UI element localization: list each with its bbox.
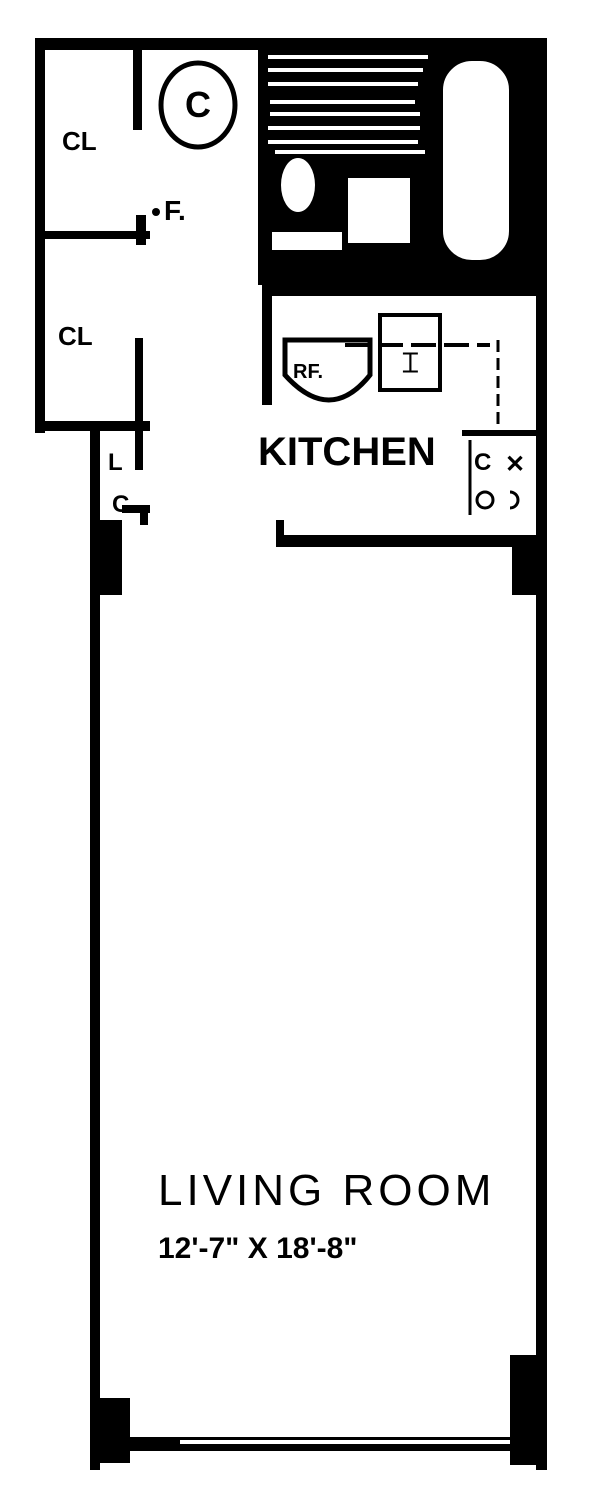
right-pier-top bbox=[512, 545, 542, 595]
linen-closet-label-c: C bbox=[112, 491, 129, 518]
living-room-dimensions: 12'-7" X 18'-8" bbox=[158, 1232, 357, 1265]
left-pier-bottom bbox=[90, 1398, 130, 1463]
closet-2-label: CL bbox=[58, 321, 93, 351]
closet-1-label: CL bbox=[62, 126, 97, 156]
closet-divider bbox=[35, 231, 150, 239]
kitchen-left-wall bbox=[262, 285, 272, 405]
bath-vanity bbox=[272, 232, 342, 250]
kitchen-label: KITCHEN bbox=[258, 430, 436, 474]
sink-icon bbox=[348, 178, 410, 243]
sink-symbol: ⌶ bbox=[402, 347, 419, 378]
refrigerator-label: RF. bbox=[293, 361, 323, 383]
closet1-jamb-lower bbox=[136, 215, 146, 245]
kitchen-fixtures bbox=[285, 315, 498, 515]
closet2-door-jamb bbox=[135, 338, 143, 428]
range-top-wall bbox=[462, 430, 546, 436]
compactor-label: C bbox=[185, 84, 211, 125]
foyer-label: F. bbox=[164, 195, 186, 226]
floor-plan: C F. CL CL L C RF. ⌶ C ✕ KITCHEN LIVING … bbox=[0, 0, 600, 1507]
kitchen-wall-end bbox=[276, 520, 284, 545]
lc-bottom-jamb bbox=[140, 505, 148, 525]
bathroom bbox=[258, 45, 540, 285]
living-room-label: LIVING ROOM bbox=[158, 1166, 495, 1215]
svg-text:C: C bbox=[474, 449, 491, 476]
svg-text:✕: ✕ bbox=[505, 451, 525, 478]
left-pier-top bbox=[90, 520, 122, 595]
window-line bbox=[180, 1440, 510, 1444]
toilet-icon bbox=[281, 158, 315, 212]
bathtub-icon bbox=[440, 58, 512, 263]
range-icon: C ✕ bbox=[474, 449, 525, 508]
compactor-symbol: C bbox=[161, 63, 235, 147]
foyer-dot bbox=[152, 208, 160, 216]
closet1-door-jamb bbox=[133, 50, 142, 130]
linen-closet-label-l: L bbox=[108, 449, 123, 476]
kitchen-bottom-wall bbox=[276, 535, 546, 547]
lc-jamb bbox=[135, 430, 143, 470]
